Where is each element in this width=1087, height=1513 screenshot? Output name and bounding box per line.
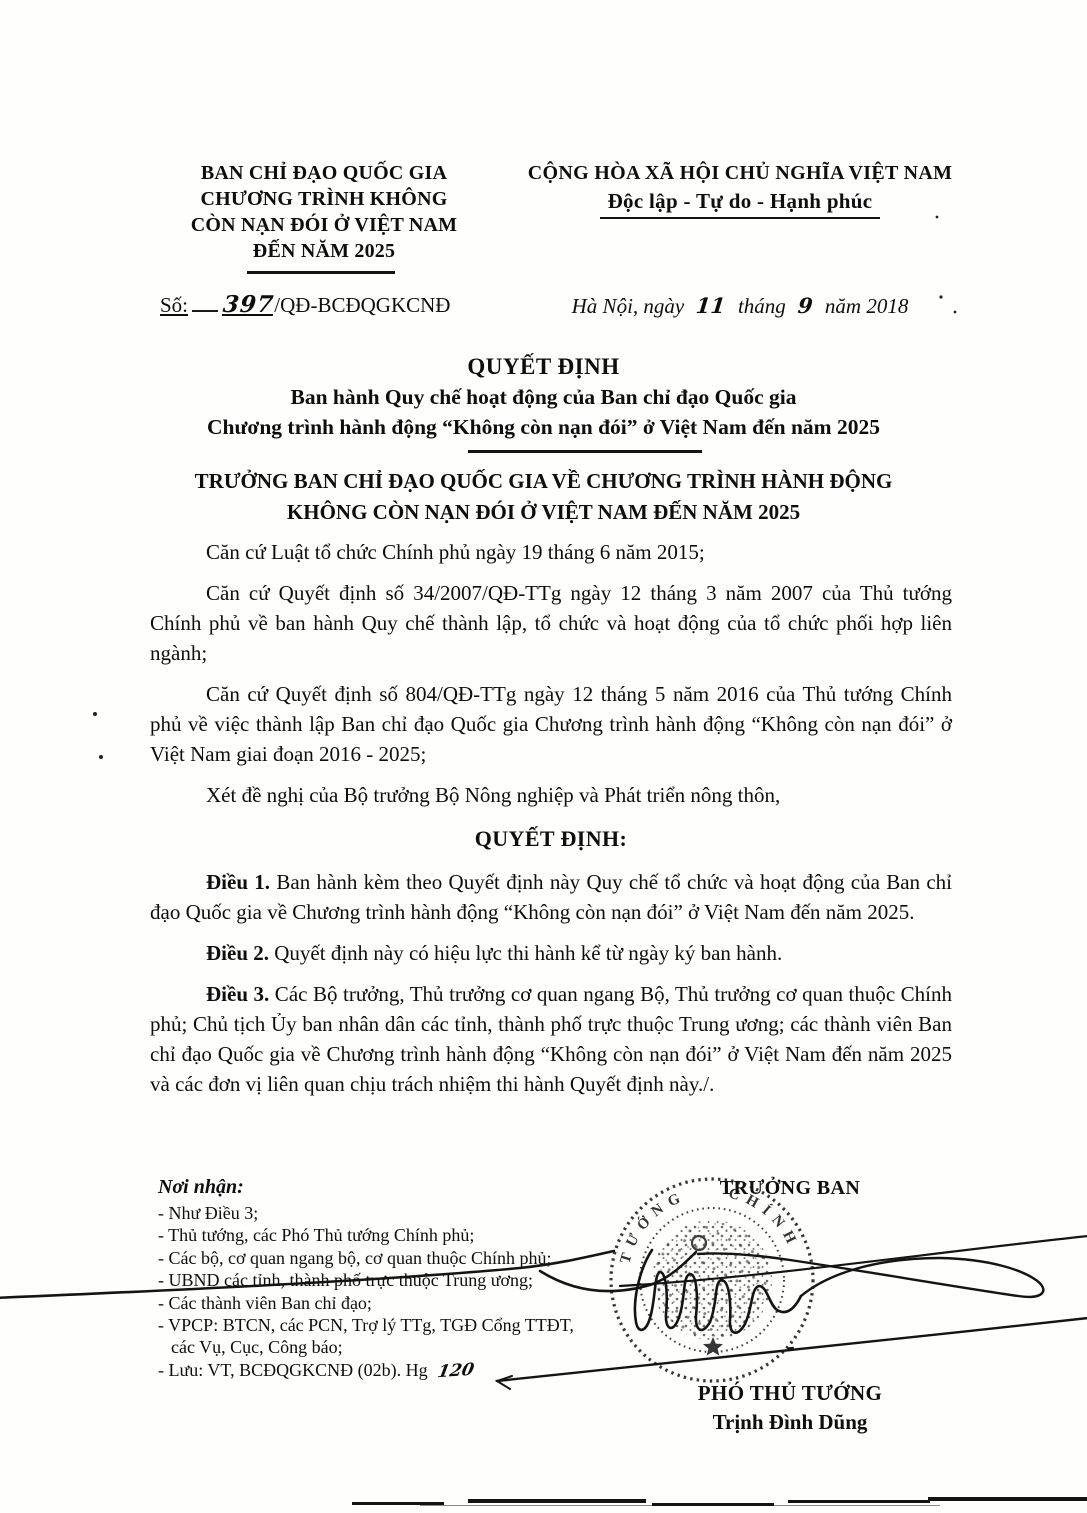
issuing-org-block: BAN CHỈ ĐẠO QUỐC GIA CHƯƠNG TRÌNH KHÔNG … [158,160,490,264]
article-3: Điều 3. Các Bộ trưởng, Thủ trưởng cơ qua… [150,979,952,1099]
article-1-label: Điều 1. [206,870,270,894]
national-header-block: CỘNG HÒA XÃ HỘI CHỦ NGHĨA VIỆT NAM Độc l… [492,160,988,219]
decision-heading: QUYẾT ĐỊNH: [150,824,952,854]
recipients-block: Nơi nhận: - Như Điều 3; - Thủ tướng, các… [158,1174,636,1382]
signer-title: PHÓ THỦ TƯỚNG [640,1381,940,1406]
recipient-item: - UBND các tỉnh, thành phố trực thuộc Tr… [158,1269,636,1291]
issuing-authority-text: TRƯỞNG BAN CHỈ ĐẠO QUỐC GIA VỀ CHƯƠNG TR… [172,466,916,528]
month-label: tháng [738,294,786,318]
signer-name: Trịnh Đình Dũng [640,1410,940,1435]
recipient-item: - Các bộ, cơ quan ngang bộ, cơ quan thuộ… [158,1247,636,1269]
org-line-3: CÒN NẠN ĐÓI Ở VIỆT NAM [158,212,490,238]
recipients-title: Nơi nhận: [158,1174,636,1200]
article-2-label: Điều 2. [206,941,269,965]
document-subtitle-2: Chương trình hành động “Không còn nạn đó… [0,412,1087,442]
org-line-4: ĐẾN NĂM 2025 [158,238,490,264]
recipients-list: - Như Điều 3; - Thủ tướng, các Phó Thủ t… [158,1202,636,1382]
preamble-paragraph-1: Căn cứ Luật tổ chức Chính phủ ngày 19 th… [150,537,952,567]
scan-artifact-bottom-line [352,1497,1087,1506]
place-date-line: Hà Nội, ngày 11 tháng 9 năm 2018 [492,293,988,319]
article-3-label: Điều 3. [206,982,269,1006]
number-blank-underline [192,292,218,312]
document-number-suffix: /QĐ-BCĐQGKCNĐ [274,293,450,317]
handwritten-archive-note: 120 [435,1359,475,1384]
country-name: CỘNG HÒA XÃ HỘI CHỦ NGHĨA VIỆT NAM [492,160,988,186]
issuing-authority-block: TRƯỞNG BAN CHỈ ĐẠO QUỐC GIA VỀ CHƯƠNG TR… [0,466,1087,528]
recipient-item-continuation: các Vụ, Cục, Công báo; [158,1336,636,1358]
document-title: QUYẾT ĐỊNH [0,352,1087,382]
article-2-text: Quyết định này có hiệu lực thi hành kể t… [269,941,782,965]
document-body: Căn cứ Luật tổ chức Chính phủ ngày 19 th… [150,537,952,1110]
year-text: năm 2018 [825,294,908,318]
article-3-text: Các Bộ trưởng, Thủ trưởng cơ quan ngang … [150,982,952,1096]
seal-star-icon [703,1337,723,1356]
handwritten-day: 11 [695,293,727,318]
place-date-prefix: Hà Nội, ngày [572,294,685,318]
handwritten-month: 9 [797,293,814,318]
preamble-paragraph-2: Căn cứ Quyết định số 34/2007/QĐ-TTg ngày… [150,578,952,668]
preamble-paragraph-4: Xét đề nghị của Bộ trưởng Bộ Nông nghiệp… [150,780,952,810]
org-header-rule [247,271,395,274]
national-motto: Độc lập - Tự do - Hạnh phúc [600,189,881,219]
official-seal: TƯỚNG CHÍNH [611,1179,813,1381]
title-separator-rule [468,450,702,453]
recipient-item: - Như Điều 3; [158,1202,636,1224]
org-line-2: CHƯƠNG TRÌNH KHÔNG [158,186,490,212]
article-2: Điều 2. Quyết định này có hiệu lực thi h… [150,938,952,968]
article-1-text: Ban hành kèm theo Quyết định này Quy chế… [150,870,952,924]
document-subtitle-1: Ban hành Quy chế hoạt động của Ban chỉ đ… [0,382,1087,412]
preamble-paragraph-3: Căn cứ Quyết định số 804/QĐ-TTg ngày 12 … [150,679,952,769]
recipient-item: - Thủ tướng, các Phó Thủ tướng Chính phủ… [158,1224,636,1246]
signer-position-title: TRƯỞNG BAN [640,1177,940,1200]
recipient-item: - Các thành viên Ban chỉ đạo; [158,1292,636,1314]
document-title-block: QUYẾT ĐỊNH Ban hành Quy chế hoạt động củ… [0,352,1087,442]
archive-item-text: - Lưu: VT, BCĐQGKCNĐ (02b). Hg [158,1360,428,1380]
recipient-item: - VPCP: BTCN, các PCN, Trợ lý TTg, TGĐ C… [158,1314,636,1336]
scanned-decision-document: BAN CHỈ ĐẠO QUỐC GIA CHƯƠNG TRÌNH KHÔNG … [0,0,1087,1513]
recipient-item-archive: - Lưu: VT, BCĐQGKCNĐ (02b). Hg120 [158,1359,636,1382]
document-number-handwritten: 397 [222,291,276,318]
org-line-1: BAN CHỈ ĐẠO QUỐC GIA [158,160,490,186]
article-1: Điều 1. Ban hành kèm theo Quyết định này… [150,867,952,927]
document-number-label: Số: [160,293,192,317]
